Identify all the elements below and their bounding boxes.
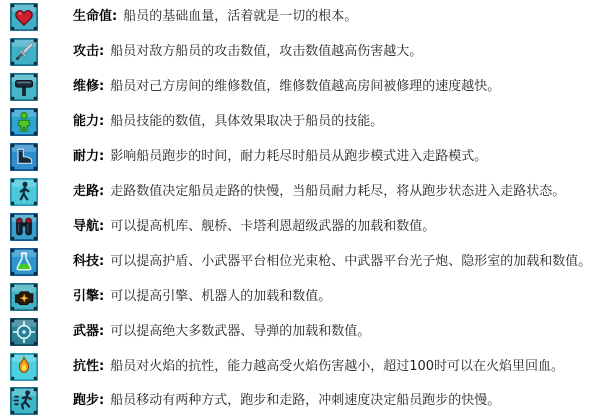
attribute-row: 武器:可以提高绝大多数武器、导弹的加载和数值。 [0,314,600,349]
attribute-text: 维修:船员对己方房间的维修数值，维修数值越高房间被修理的速度越快。 [73,79,500,95]
binoculars-icon [10,213,38,241]
attribute-row: 维修:船员对己方房间的维修数值，维修数值越高房间被修理的速度越快。 [0,70,600,105]
attribute-label: 导航: [73,219,104,234]
person-icon [10,108,38,136]
attribute-text: 生命值:船员的基础血量，活着就是一切的根本。 [73,9,357,25]
heart-icon [10,3,38,31]
attribute-text: 抗性:船员对火焰的抗性，能力越高受火焰伤害越小，超过100时可以在火焰里回血。 [73,359,564,375]
attribute-row: 导航:可以提高机库、舰桥、卡塔利恩超级武器的加载和数值。 [0,209,600,244]
attribute-label: 耐力: [73,149,104,164]
attribute-desc: 船员对敌方船员的攻击数值，攻击数值越高伤害越大。 [110,44,422,59]
attribute-label: 攻击: [73,44,104,59]
boot-icon [10,143,38,171]
attribute-text: 走路:走路数值决定船员走路的快慢，当船员耐力耗尽，将从跑步状态进入走路状态。 [73,184,565,200]
attribute-label: 武器: [73,324,104,339]
attribute-text: 导航:可以提高机库、舰桥、卡塔利恩超级武器的加载和数值。 [73,219,435,235]
running-person-icon [10,387,38,415]
attribute-label: 抗性: [73,359,104,374]
attribute-desc: 船员的基础血量，活着就是一切的根本。 [123,9,357,24]
sword-icon [10,38,38,66]
attribute-label: 维修: [73,79,104,94]
attribute-text: 耐力:影响船员跑步的时间，耐力耗尽时船员从跑步模式进入走路模式。 [73,149,487,165]
attribute-text: 引擎:可以提高引擎、机器人的加载和数值。 [73,289,331,305]
attribute-text: 能力:船员技能的数值，具体效果取决于船员的技能。 [73,114,383,130]
attribute-row: 走路:走路数值决定船员走路的快慢，当船员耐力耗尽，将从跑步状态进入走路状态。 [0,175,600,210]
attribute-row: 能力:船员技能的数值，具体效果取决于船员的技能。 [0,105,600,140]
attribute-label: 跑步: [73,393,104,408]
attribute-desc: 可以提高护盾、小武器平台相位光束枪、中武器平台光子炮、隐形室的加载和数值。 [110,254,591,269]
attribute-label: 生命值: [73,9,117,24]
flame-icon [10,353,38,381]
attribute-row: 引擎:可以提高引擎、机器人的加载和数值。 [0,279,600,314]
attribute-text: 武器:可以提高绝大多数武器、导弹的加载和数值。 [73,324,370,340]
attribute-list: 生命值:船员的基础血量，活着就是一切的根本。 攻击:船员对敌方船员的攻击数值，攻… [0,0,600,419]
attribute-row: 耐力:影响船员跑步的时间，耐力耗尽时船员从跑步模式进入走路模式。 [0,140,600,175]
attribute-desc: 走路数值决定船员走路的快慢，当船员耐力耗尽，将从跑步状态进入走路状态。 [110,184,565,199]
attribute-text: 科技:可以提高护盾、小武器平台相位光束枪、中武器平台光子炮、隐形室的加载和数值。 [73,254,591,270]
attribute-label: 能力: [73,114,104,129]
attribute-label: 科技: [73,254,104,269]
attribute-row: 抗性:船员对火焰的抗性，能力越高受火焰伤害越小，超过100时可以在火焰里回血。 [0,349,600,384]
attribute-desc: 船员对己方房间的维修数值，维修数值越高房间被修理的速度越快。 [110,79,500,94]
crosshair-icon [10,318,38,346]
attribute-label: 引擎: [73,289,104,304]
hammer-icon [10,73,38,101]
walking-person-icon [10,178,38,206]
attribute-row: 跑步:船员移动有两种方式，跑步和走路，冲刺速度决定船员跑步的快慢。 [0,384,600,419]
attribute-row: 攻击:船员对敌方船员的攻击数值，攻击数值越高伤害越大。 [0,35,600,70]
attribute-row: 生命值:船员的基础血量，活着就是一切的根本。 [0,0,600,35]
attribute-label: 走路: [73,184,104,199]
attribute-desc: 影响船员跑步的时间，耐力耗尽时船员从跑步模式进入走路模式。 [110,149,487,164]
attribute-text: 攻击:船员对敌方船员的攻击数值，攻击数值越高伤害越大。 [73,44,422,60]
attribute-row: 科技:可以提高护盾、小武器平台相位光束枪、中武器平台光子炮、隐形室的加载和数值。 [0,244,600,279]
attribute-desc: 船员技能的数值，具体效果取决于船员的技能。 [110,114,383,129]
attribute-text: 跑步:船员移动有两种方式，跑步和走路，冲刺速度决定船员跑步的快慢。 [73,393,500,409]
attribute-desc: 可以提高机库、舰桥、卡塔利恩超级武器的加载和数值。 [110,219,435,234]
attribute-desc: 船员对火焰的抗性，能力越高受火焰伤害越小，超过100时可以在火焰里回血。 [110,359,564,374]
attribute-desc: 可以提高引擎、机器人的加载和数值。 [110,289,331,304]
attribute-desc: 船员移动有两种方式，跑步和走路，冲刺速度决定船员跑步的快慢。 [110,393,500,408]
engine-icon [10,283,38,311]
attribute-desc: 可以提高绝大多数武器、导弹的加载和数值。 [110,324,370,339]
flask-icon [10,248,38,276]
